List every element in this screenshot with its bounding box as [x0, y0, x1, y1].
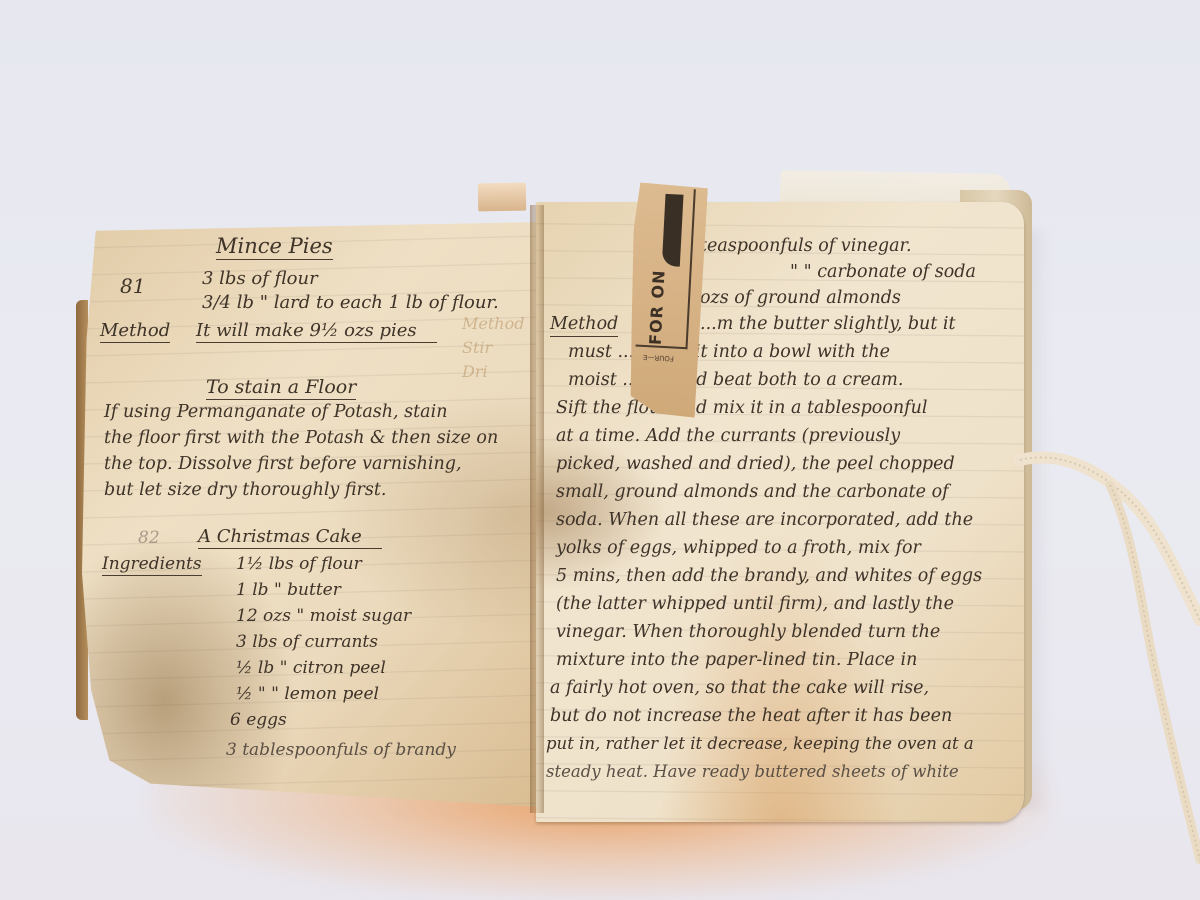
ingredient-line: 3/4 lb " lard to each 1 lb of flour.	[202, 294, 499, 312]
photo-scene: Method Stir Dri Mince Pies 81 3 lbs of f…	[0, 0, 1200, 900]
ingredients-label: Ingredients	[102, 556, 202, 576]
method-line: (the latter whipped until firm), and las…	[556, 596, 954, 614]
clipping-small-text: FOUR—E	[643, 353, 674, 363]
newspaper-clipping: FOR ON FOUR—E	[624, 182, 708, 417]
method-line: 5 mins, then add the brandy, and whites …	[556, 568, 982, 586]
ingredient-line: ½ " " lemon peel	[236, 686, 379, 703]
method-line: moist ...gar and beat both to a cream.	[568, 372, 903, 390]
method-line: yolks of eggs, whipped to a froth, mix f…	[556, 540, 921, 558]
method-line: ...m the butter slightly, but it	[700, 316, 956, 334]
method-line: soda. When all these are incorporated, a…	[556, 512, 973, 530]
text-line: but let size dry thoroughly first.	[104, 482, 387, 500]
page-number: 82	[138, 530, 160, 547]
recipe-title-stain-floor: To stain a Floor	[206, 378, 356, 400]
clipping-graphic	[662, 194, 684, 267]
text-line: teaspoonfuls of vinegar.	[700, 238, 912, 256]
page-number: 81	[120, 276, 145, 296]
method-label: Method	[550, 316, 618, 337]
text-line: ozs of ground almonds	[700, 290, 901, 308]
bookmark-tab	[478, 183, 526, 212]
ingredient-line: ½ lb " citron peel	[236, 660, 386, 677]
frayed-ribbon-icon	[1010, 430, 1200, 870]
method-line: steady heat. Have ready buttered sheets …	[546, 764, 959, 781]
ingredient-line: 3 tablespoonfuls of brandy	[226, 742, 456, 759]
text-line: the top. Dissolve first before varnishin…	[104, 456, 462, 474]
ingredient-line: 1 lb " butter	[236, 582, 341, 599]
ingredient-line: 1½ lbs of flour	[236, 556, 362, 573]
ingredient-line: 3 lbs of currants	[236, 634, 378, 651]
ingredient-line: 6 eggs	[230, 712, 287, 729]
text-line: the floor first with the Potash & then s…	[104, 430, 498, 448]
recipe-title-mince-pies: Mince Pies	[216, 236, 333, 260]
method-line: Sift the flour and mix it in a tablespoo…	[556, 400, 928, 418]
method-line: a fairly hot oven, so that the cake will…	[550, 680, 929, 698]
book-spine	[530, 205, 544, 813]
ingredient-line: 3 lbs of flour	[202, 270, 318, 288]
clipping-rule	[685, 189, 695, 349]
method-text: It will make 9½ ozs pies	[196, 322, 437, 343]
ingredient-line: 12 ozs " moist sugar	[236, 608, 411, 625]
method-line: at a time. Add the currants (previously	[556, 428, 900, 446]
method-line: small, ground almonds and the carbonate …	[556, 484, 949, 502]
text-line: " " carbonate of soda	[790, 264, 976, 282]
bleed-through-text: Method Stir Dri	[462, 312, 524, 384]
method-line: must ...rl. Put it into a bowl with the	[568, 344, 890, 362]
method-line: vinegar. When thoroughly blended turn th…	[556, 624, 940, 642]
method-line: put in, rather let it decrease, keeping …	[546, 736, 974, 753]
clipping-text: FOR ON	[646, 269, 669, 345]
recipe-title-christmas-cake: A Christmas Cake	[198, 528, 382, 549]
method-label: Method	[100, 322, 170, 343]
text-line: If using Permanganate of Potash, stain	[104, 404, 447, 422]
method-line: but do not increase the heat after it ha…	[550, 708, 952, 726]
method-line: mixture into the paper-lined tin. Place …	[556, 652, 917, 670]
method-line: picked, washed and dried), the peel chop…	[556, 456, 955, 474]
